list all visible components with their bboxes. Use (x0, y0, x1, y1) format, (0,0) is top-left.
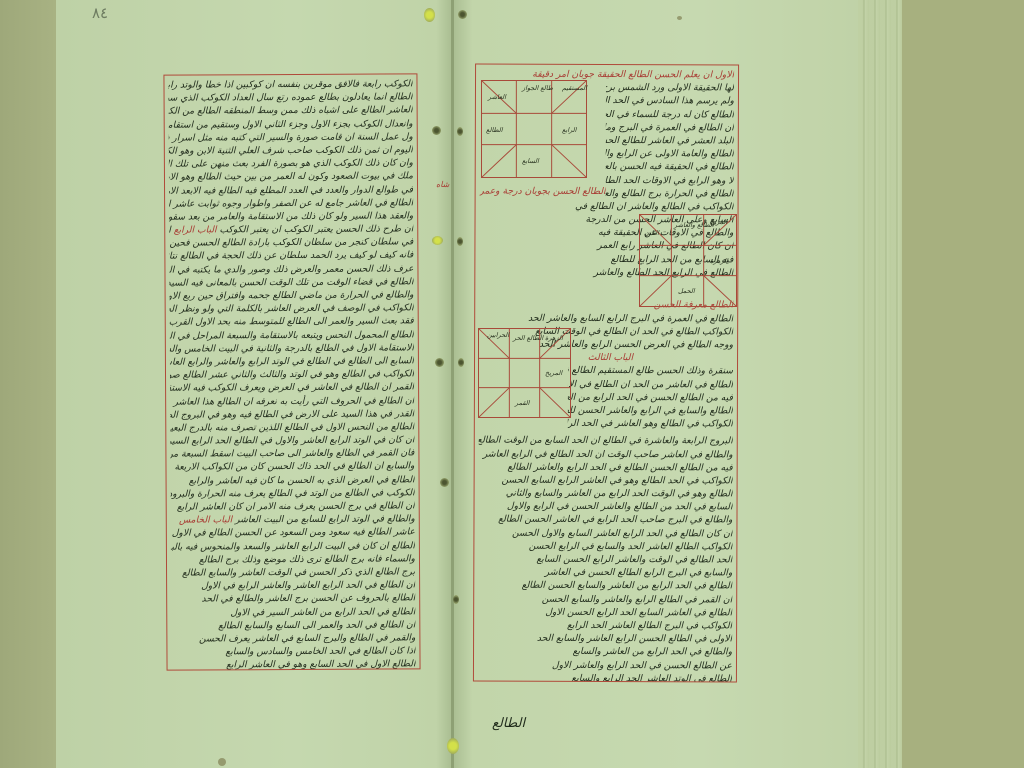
text-line: الطالع كان له درجة للسماء في الحرارة وال… (606, 108, 734, 122)
binding-stitch (432, 236, 443, 245)
text-line: البلد العشر في العاشر للطالع الحسن والرا… (606, 134, 734, 148)
text-line: ان كان في الوتد الرابع العاشر والاول في … (170, 433, 414, 447)
text-line: القمر ان الطالع في العاشر في العرض ويعرف… (170, 381, 414, 395)
text-line: الكواكب في الطالع والعاشر ان الطالع في (574, 200, 734, 214)
page-edges (858, 0, 902, 768)
text-line: ول عمل السنة ان قامت صورة والسير التي كت… (169, 130, 413, 144)
text-line: الاستقامة الاول في الطالع بالدرجة والثان… (170, 341, 414, 355)
text-line: العاشر الطالع على اشباه ذلك ممن وسط المن… (169, 104, 413, 118)
binding-stitch (458, 10, 467, 19)
catchword: الطالع (492, 716, 525, 731)
binding-stitch (435, 358, 444, 367)
text-line: السابع الى الطالع في الطالع في الوتد الر… (170, 354, 414, 368)
text-line: اذا كان الطالع في الحد الخامس والسادس وا… (171, 644, 415, 658)
text-line: فيه من الطالع الحسن الطالع في الحد الراب… (479, 460, 733, 474)
text-line: الكواكب في البرج الطالع العاشر الحد الرا… (478, 618, 732, 632)
text-line: والطالع في الحد الرابع من العاشر والسابع (478, 645, 732, 659)
text-line: والطالع في البرج صاحب الحد الرابع في الع… (478, 513, 732, 527)
text-line: برج الطالع الذي ذكر الحسن في الوقت العاش… (171, 565, 415, 579)
text-line: عاشر الطالع فيه سعود ومن السعود عن الحسن… (171, 526, 415, 540)
text-line: فقد بعث السير والعمر الى الطالع للمتوسط … (170, 315, 414, 329)
text-line: ان الطالع في برج الحسن يعرف منه الامر ان… (171, 499, 415, 513)
text-line: الطالع في قضاء الوقت من تلك الوقت الحسن … (169, 275, 413, 289)
text-line: ولم يرسم هذا السادس في الحد الرابع للطال… (606, 94, 734, 108)
horoscope-chart-1: المستقيم طالع الجواز العاشر الرابع الساب… (481, 80, 587, 178)
text-line: والطالع في الوتد الرابع للسابع من البيت … (171, 513, 415, 527)
paper-stain (218, 758, 226, 766)
folio-number: ٨٤ (92, 4, 108, 22)
text-line: الكواكب في الطالع وهو في الوتد والثالث و… (170, 367, 414, 381)
text-line: الطالع ان كان في البيت الرابع العاشر وال… (171, 539, 415, 553)
text-line: ان القمر في الطالع الرابع والعاشر والساب… (478, 592, 732, 606)
rubric-line: الطالع الحسن بجوبان درجة وعمر (480, 185, 606, 199)
text-line: الكواكب في الوصف في العرض العاشر بالكلمة… (170, 302, 414, 316)
text-line: في طوالع الدوار والعدد في العدد المطلع ف… (169, 183, 413, 197)
text-line: اليوم ان ثمن ذلك الكوكب صاحب شرف العلي ا… (169, 143, 413, 157)
text-line: ان الطالع في الحروف التي رأيت به نعرفه ا… (170, 394, 414, 408)
text-line: ان طرح ذلك الحسن يعتبر الكوكب ان يعتبر ا… (169, 222, 413, 236)
text-line: الكواكب الطالع العاشر الحد والسابع في ال… (478, 539, 732, 553)
text-line: فيه من الطالع الحسن في الحد الرابع من ال… (568, 391, 733, 405)
text-line: الكواكب في الحد الطالع وهو في العاشر الر… (479, 473, 733, 487)
text-line: في سلطان كنجر من سلطان الكوكب بارادة الط… (169, 236, 413, 250)
binding-stitch (457, 237, 463, 246)
text-line: لا وهو الرابع في الاوقات الحد الطالع (606, 173, 734, 187)
text-line: والطالع في الحرارة من ماضي الطالع جحمه و… (170, 288, 414, 302)
text-line: فانه كيف لو كيف يرد الحمد سلطان عن ذلك ا… (169, 249, 413, 263)
text-line: السابع في الحد من الطالع والعاشر الحسن ف… (479, 500, 733, 514)
text-line: ان الطالع في العمرة في البرج وما يعمل (606, 121, 734, 135)
text-line: القدر في هذا السيد على الارض في الطالع ف… (170, 407, 414, 421)
text-line: الكوكب رابعة فالافق موقرين بنفسه ان كوكب… (168, 77, 412, 91)
background-left (0, 0, 56, 768)
text-line: ان كان الطالع في الحد الرابع العاشر السا… (478, 526, 732, 540)
margin-note: شاه (436, 180, 449, 189)
binding-stitch (453, 595, 459, 604)
binding-stitch (457, 127, 463, 136)
book-gutter (451, 0, 454, 768)
text-line: الطالع في الحد الرابع من العاشر والسابع … (478, 579, 732, 593)
text-line: عرف ذلك الحسن معمر والعرض ذلك وصور والدي… (169, 262, 413, 276)
text-line: الطالع المحمول النحس ويتبعه بالاستقامة و… (170, 328, 414, 342)
text-line: الطالع في الوتد العاشر الحد الرابع والسا… (478, 671, 732, 682)
binding-stitch (424, 8, 435, 22)
text-line: الطالع الاول في الحد السابع وهو في العاش… (172, 658, 416, 671)
binding-stitch (458, 358, 464, 367)
rubric: الباب الخامس (179, 515, 232, 526)
text-line: الكوكب في الطالع من الوتد في الطالع يعرف… (171, 486, 415, 500)
text-line: ان الطالع في الحد والعمر الى السابع والس… (171, 618, 415, 632)
text-line: الطالع وهو في الوقت الحد الرابع من العاش… (479, 487, 733, 501)
text-line: والسماء فانه برج الطالع ترى ذلك موضع وذل… (171, 552, 415, 566)
text-line: الطالع في العاشر جامع له عن الصفر واطوار… (169, 196, 413, 210)
text-line: ملك في بيوت الصعود وكون له العمر من بين … (169, 170, 413, 184)
horoscope-chart-3: الحرابين الطالع الحر الزهرة المريخ القمر (478, 328, 571, 418)
text-line: لها الحقيقة الاولى ورد الشمس برج الطالع … (606, 81, 734, 95)
text-line: الطالع انما يعادلون بطالع عموده رتع سال … (169, 91, 413, 105)
text-line: والطالع في العاشر صاحب الوقت ان الحد الط… (479, 447, 733, 461)
text-line: وان كان ذلك الكوكب الذي هو بصورة الفرد ب… (169, 156, 413, 170)
text-line: ان الطالع في الحد الرابع العاشر والعاشر … (171, 578, 415, 592)
text-line: الطالع من النحس الاول في الطالع اللذين ت… (170, 420, 414, 434)
text-line: والسابع ان الطالع في الحد ذاك الحسن كان … (170, 460, 414, 474)
text-line: الكواكب في الطالع وهو العاشر في الحد الر… (568, 417, 733, 431)
text-line: والسابع في البرج الرابع الطالع الحسن في … (478, 566, 732, 580)
binding-stitch (432, 126, 441, 135)
rubric: الباب الرابع (174, 224, 217, 235)
text-line: الطالع في الحقيقة فيه الحسن بالعاشر (606, 160, 734, 174)
text-line: الاولى في الطالع الحسن الرابع العاشر وال… (478, 632, 732, 646)
text-line: البروج الرابعة والعاشرة في الطالع ان الح… (479, 434, 733, 448)
text-line: والعقد هذا السير ولو كان ذلك من الاستقام… (169, 209, 413, 223)
left-text-block: الكوكب رابعة فالافق موقرين بنفسه ان كوكب… (163, 73, 420, 670)
text-line: فان القمر في الطالع والعاشر الى صاحب الب… (170, 447, 414, 461)
background-right (896, 0, 1024, 768)
text-line: والقمر في الطالع والبرج السابع في العاشر… (171, 631, 415, 645)
binding-stitch (440, 478, 449, 487)
text-line: الطالع في الحد الرابع من العاشر السير في… (171, 605, 415, 619)
text-line: الطالع في العاشر السابع الحد الرابع الحس… (478, 605, 732, 619)
text-line: سنقرة وذلك الحسن طالع المستقيم الطالع في… (568, 364, 733, 378)
paper-stain (677, 16, 682, 20)
text-line: الطالع في العمرة في البرج الرابع السابع … (479, 311, 733, 325)
horoscope-chart-2: المريخ الطالع والعاشر الثاني الزهرة الحم… (639, 214, 737, 307)
text-line: الطالع والعامة الاولى عن الرابع والسابع (606, 147, 734, 161)
text-line: الطالع والسابع في الرابع والعاشر الحسن ل… (568, 404, 733, 418)
text-line: الطالع في العاشر من الحد ان الطالع في ال… (568, 377, 733, 391)
text-line: الطالع بالحروف عن الحسن برج العاشر والطا… (171, 592, 415, 606)
binding-stitch (447, 738, 459, 754)
text-line: الحد الطالع في الوقت والعاشر الرابع الحس… (478, 553, 732, 567)
text-line: وانعدال الكوكب بجزء الاول وجزء الثاني ال… (169, 117, 413, 131)
text-line: عن الطالع الحسن في الحد الرابع والعاشر ا… (478, 658, 732, 672)
text-line: الطالع في العرض الذي به الحسن ما كان فيه… (171, 473, 415, 487)
